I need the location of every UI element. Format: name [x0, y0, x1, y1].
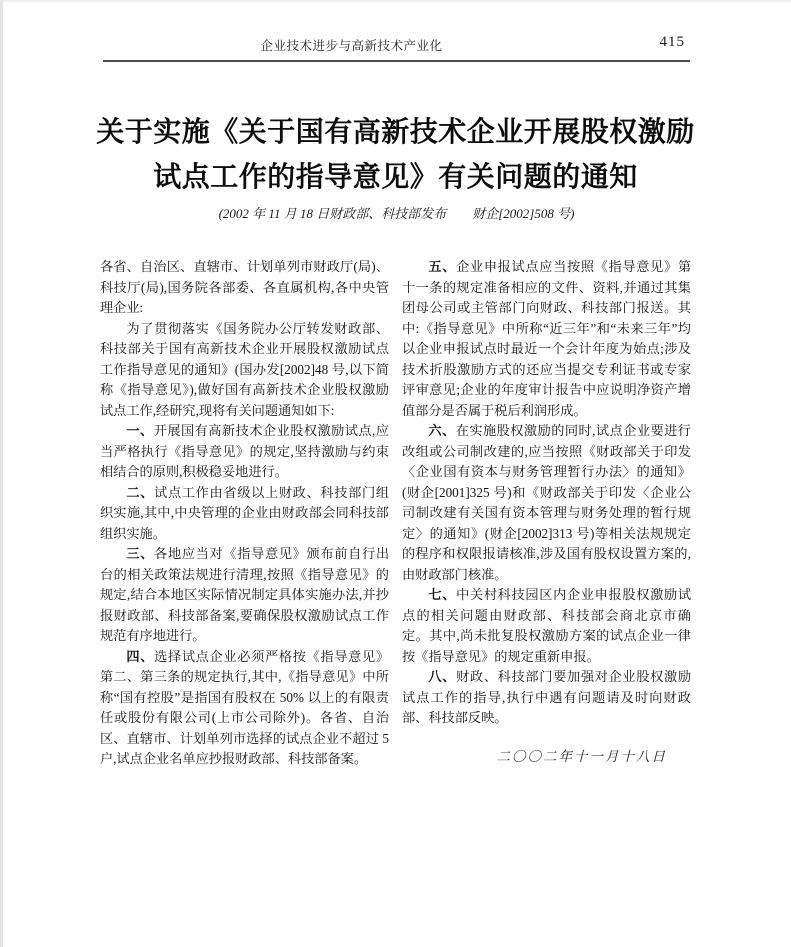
right-column: 五、企业申报试点应当按照《指导意见》第十一条的规定准备相应的文件、资料,并通过其…	[402, 257, 691, 767]
item-number: 四、	[126, 649, 154, 664]
paragraph-text: 选择试点企业必须严格按《指导意见》第二、第三条的规定执行,其中,《指导意见》中所…	[100, 649, 389, 767]
paragraph-item-3: 三、各地应当对《指导意见》颁布前自行出台的相关政策法规进行清理,按照《指导意见》…	[100, 544, 389, 647]
paragraph-text: 企业申报试点应当按照《指导意见》第十一条的规定准备相应的文件、资料,并通过其集团…	[402, 259, 691, 418]
paragraph-item-6: 六、在实施股权激励的同时,试点企业要进行改组或公司制改建的,应当按照《财政部关于…	[402, 421, 691, 585]
issue-date: 二〇〇二年十一月十八日	[402, 747, 691, 768]
paragraph-item-2: 二、试点工作由省级以上财政、科技部门组织实施,其中,中央管理的企业由财政部会同科…	[100, 483, 389, 545]
left-column: 各省、自治区、直辖市、计划单列市财政厅(局)、科技厅(局),国务院各部委、各直属…	[100, 257, 389, 770]
item-number: 一、	[126, 423, 153, 438]
item-number: 七、	[428, 587, 456, 602]
item-number: 五、	[428, 259, 456, 274]
paragraph-text: 为了贯彻落实《国务院办公厅转发财政部、科技部关于国有高新技术企业开展股权激励试点…	[100, 321, 389, 418]
paragraph-preamble: 为了贯彻落实《国务院办公厅转发财政部、科技部关于国有高新技术企业开展股权激励试点…	[100, 319, 389, 422]
document-title-line1: 关于实施《关于国有高新技术企业开展股权激励	[60, 110, 731, 155]
document-title-line2: 试点工作的指导意见》有关问题的通知	[60, 155, 731, 200]
running-title: 企业技术进步与高新技术产业化	[58, 36, 645, 54]
item-number: 八、	[428, 669, 456, 684]
document-page: 企业技术进步与高新技术产业化 415 关于实施《关于国有高新技术企业开展股权激励…	[0, 0, 791, 947]
page-number: 415	[660, 34, 686, 51]
paragraph-item-7: 七、中关村科技园区内企业申报股权激励试点的相关问题由财政部、科技部会商北京市确定…	[402, 585, 691, 667]
paragraph-item-8: 八、财政、科技部门要加强对企业股权激励试点工作的指导,执行中遇有问题请及时向财政…	[402, 667, 691, 729]
paragraph-item-1: 一、开展国有高新技术企业股权激励试点,应当严格执行《指导意见》的规定,坚持激励与…	[100, 421, 389, 483]
running-head: 企业技术进步与高新技术产业化 415	[103, 36, 690, 58]
item-number: 六、	[428, 423, 455, 438]
paragraph-text: 在实施股权激励的同时,试点企业要进行改组或公司制改建的,应当按照《财政部关于印发…	[402, 423, 691, 582]
paragraph-item-4: 四、选择试点企业必须严格按《指导意见》第二、第三条的规定执行,其中,《指导意见》…	[100, 647, 389, 770]
item-number: 三、	[126, 546, 154, 561]
paragraph-addressees: 各省、自治区、直辖市、计划单列市财政厅(局)、科技厅(局),国务院各部委、各直属…	[100, 257, 389, 319]
header-rule	[103, 60, 690, 62]
item-number: 二、	[126, 485, 154, 500]
document-subtitle: (2002 年 11 月 18 日财政部、科技部发布 财企[2002]508 号…	[103, 203, 690, 222]
document-title: 关于实施《关于国有高新技术企业开展股权激励 试点工作的指导意见》有关问题的通知	[60, 110, 731, 200]
paragraph-text: 各省、自治区、直辖市、计划单列市财政厅(局)、科技厅(局),国务院各部委、各直属…	[100, 259, 389, 315]
paragraph-item-5: 五、企业申报试点应当按照《指导意见》第十一条的规定准备相应的文件、资料,并通过其…	[402, 257, 691, 421]
